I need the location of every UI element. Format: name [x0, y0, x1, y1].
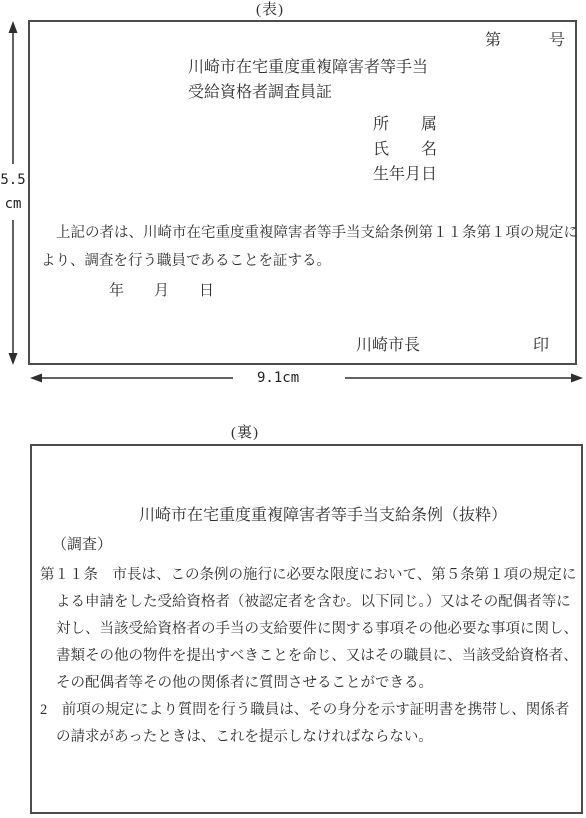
front-body-line-1: 上記の者は、川崎市在宅重度重複障害者等手当支給条例第１１条第１項の規定に — [56, 225, 578, 242]
seal-label: 印 — [533, 337, 549, 355]
field-affiliation: 所 属 — [373, 116, 437, 134]
front-card: 第 号 川崎市在宅重度重複障害者等手当 受給資格者調査員証 所 属 氏 名 生年… — [28, 20, 577, 365]
ordinance-line: 対し、当該受給資格者の手当の支給要件に関する事項その他必要な事項に関し、 — [56, 621, 578, 638]
mayor-label: 川崎市長 — [356, 337, 420, 355]
ordinance-line: 第１１条 市長は、この条例の施行に必要な限度において、第５条第１項の規定に — [40, 567, 576, 584]
width-dimension-label: 9.1cm — [257, 370, 299, 386]
front-side-label: (表) — [256, 2, 284, 19]
ordinance-line: その配偶者等その他の関係者に質問させることができる。 — [56, 675, 433, 692]
front-body-line-2: より、調査を行う職員であることを証する。 — [41, 253, 331, 270]
front-title-line-2: 受給資格者調査員証 — [188, 84, 332, 102]
ordinance-section-label: （調査） — [52, 537, 112, 554]
field-birthdate: 生年月日 — [373, 166, 437, 184]
height-dimension-value: 5.5 — [0, 172, 26, 188]
width-dimension-arrow-icon — [28, 370, 585, 386]
back-card: 川崎市在宅重度重複障害者等手当支給条例（抜粋） （調査） 第１１条 市長は、この… — [30, 444, 583, 814]
ordinance-line: 2 前項の規定により質問を行う職員は、その身分を示す証明書を携帯し、関係者 — [40, 702, 569, 719]
document-page: (表) 第 号 川崎市在宅重度重複障害者等手当 受給資格者調査員証 所 属 氏 … — [0, 0, 586, 818]
certificate-number-line: 第 号 — [485, 32, 565, 50]
height-dimension-arrow-icon — [0, 20, 26, 366]
front-title-line-1: 川崎市在宅重度重複障害者等手当 — [188, 59, 428, 77]
ordinance-line: の請求があったときは、これを提示しなければならない。 — [56, 729, 433, 746]
ordinance-title: 川崎市在宅重度重複障害者等手当支給条例（抜粋） — [139, 507, 507, 525]
ordinance-line: よる申請をした受給資格者（被認定者を含む。以下同じ。）又はその配偶者等に — [56, 594, 571, 611]
ordinance-line: 書類その他の物件を提出すべきことを命じ、又はその職員に、当該受給資格者、 — [56, 648, 578, 665]
height-dimension-unit: cm — [0, 196, 26, 212]
date-line: 年 月 日 — [109, 283, 214, 300]
field-name: 氏 名 — [373, 141, 437, 159]
back-side-label: (裏) — [231, 425, 259, 442]
